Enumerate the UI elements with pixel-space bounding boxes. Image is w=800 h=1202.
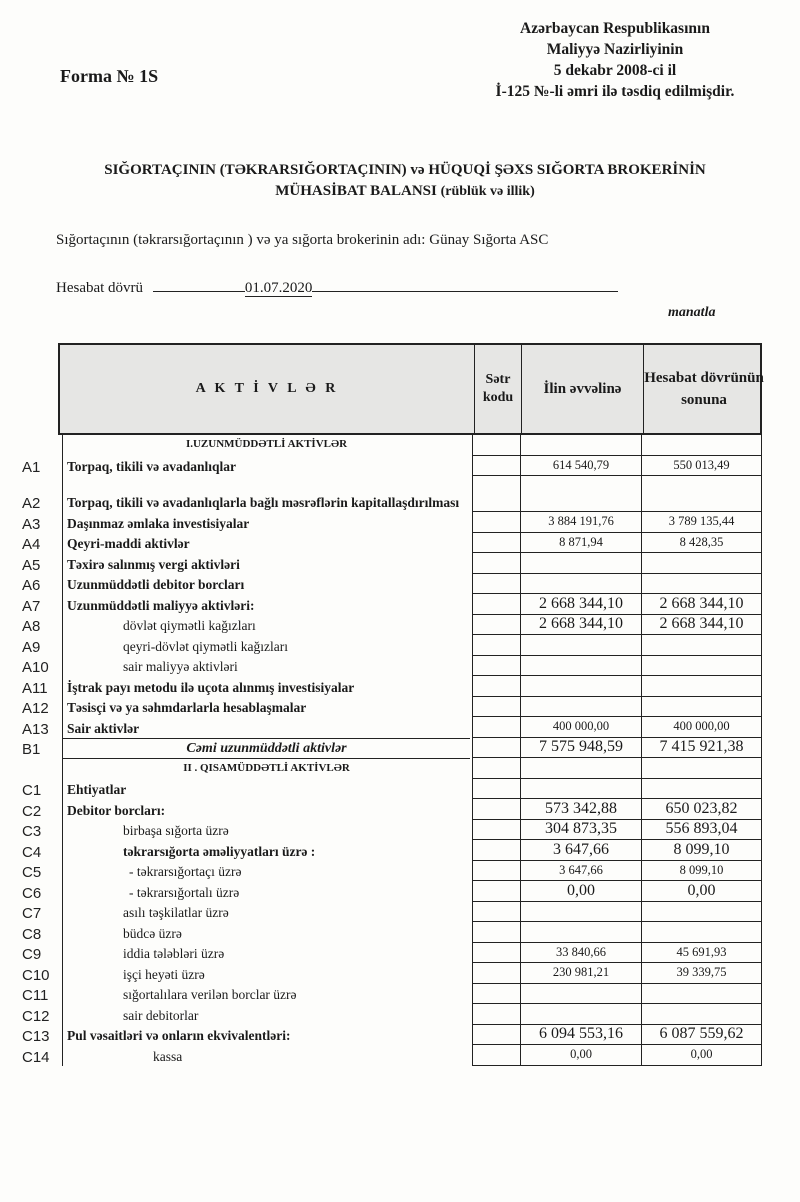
end-of-period-value: 8 099,10 <box>641 840 762 861</box>
start-of-year-value <box>520 922 641 943</box>
row-code: C9 <box>22 946 60 963</box>
row-code: A9 <box>22 639 60 656</box>
end-of-period-value <box>641 553 762 574</box>
start-of-year-value: 3 884 191,76 <box>520 512 641 533</box>
start-of-year-value: 2 668 344,10 <box>520 594 641 615</box>
start-of-year-value: 7 575 948,59 <box>520 738 641 759</box>
row-code-cell <box>472 456 520 477</box>
table-row: C2Debitor borcları:573 342,88650 023,82 <box>0 799 800 820</box>
form-number: Forma № 1S <box>60 66 158 87</box>
row-code-cell <box>472 1045 520 1066</box>
row-code: C11 <box>22 987 60 1004</box>
start-of-year-value <box>520 435 641 456</box>
end-of-period-value: 400 000,00 <box>641 717 762 738</box>
row-label: Ehtiyatlar <box>62 779 470 800</box>
row-code-cell <box>472 676 520 697</box>
end-of-period-value <box>641 758 762 779</box>
start-of-year-value: 3 647,66 <box>520 840 641 861</box>
row-label: Pul vəsaitləri və onların ekvivalentləri… <box>62 1025 470 1046</box>
start-of-year-value: 230 981,21 <box>520 963 641 984</box>
start-of-year-value <box>520 574 641 595</box>
start-of-year-value <box>520 779 641 800</box>
table-header: A K T İ V L Ə R Sətr kodu İlin əvvəlinə … <box>58 343 762 435</box>
start-of-year-value: 573 342,88 <box>520 799 641 820</box>
row-label: - təkrarsığortalı üzrə <box>62 881 470 902</box>
row-code-cell <box>472 922 520 943</box>
row-label: Torpaq, tikili və avadanlıqlarla bağlı m… <box>62 476 470 512</box>
table-row: A4Qeyri-maddi aktivlər8 871,948 428,35 <box>0 533 800 554</box>
end-of-period-value: 0,00 <box>641 1045 762 1066</box>
start-of-year-value <box>520 984 641 1005</box>
row-label: Sair aktivlər <box>62 717 470 738</box>
approval-block: Azərbaycan Respublikasının Maliyyə Nazir… <box>440 18 790 102</box>
end-of-period-value: 39 339,75 <box>641 963 762 984</box>
start-of-year-value: 400 000,00 <box>520 717 641 738</box>
row-code-cell <box>472 1025 520 1046</box>
balance-table-body: I.UZUNMÜDDƏTLİ AKTİVLƏRA1Torpaq, tikili … <box>0 435 800 1066</box>
period-blank <box>312 277 618 292</box>
row-code: C8 <box>22 926 60 943</box>
row-label: büdcə üzrə <box>62 922 470 943</box>
approval-line: İ-125 №-li əmri ilə təsdiq edilmişdir. <box>440 81 790 102</box>
table-row: A5Təxirə salınmış vergi aktivləri <box>0 553 800 574</box>
row-code: C10 <box>22 967 60 984</box>
row-code-cell <box>472 594 520 615</box>
row-code-cell <box>472 512 520 533</box>
row-code: C3 <box>22 823 60 840</box>
table-row: C13Pul vəsaitləri və onların ekvivalentl… <box>0 1025 800 1046</box>
end-of-period-value <box>641 574 762 595</box>
document-title: SIĞORTAÇININ (TƏKRARSIĞORTAÇININ) və HÜQ… <box>40 160 770 202</box>
row-code: A6 <box>22 577 60 594</box>
currency-note: manatla <box>668 305 715 321</box>
company-name: Günay Sığorta ASC <box>429 232 548 248</box>
table-row: C3birbaşa sığorta üzrə304 873,35556 893,… <box>0 820 800 841</box>
table-row: A2Torpaq, tikili və avadanlıqlarla bağlı… <box>0 476 800 512</box>
start-of-year-value <box>520 902 641 923</box>
row-code: A1 <box>22 459 60 476</box>
row-label: iddia tələbləri üzrə <box>62 943 470 964</box>
row-code: A3 <box>22 516 60 533</box>
start-of-year-value <box>520 635 641 656</box>
row-code-cell <box>472 697 520 718</box>
row-label: Təsisçi və ya səhmdarlarla hesablaşmalar <box>62 697 470 718</box>
row-label: Daşınmaz əmlaka investisiyalar <box>62 512 470 533</box>
row-code-cell <box>472 799 520 820</box>
start-of-year-value: 0,00 <box>520 881 641 902</box>
end-of-period-value <box>641 635 762 656</box>
row-code: C1 <box>22 782 60 799</box>
period-line: Hesabat dövrü 01.07.2020 <box>56 277 618 297</box>
row-label: Cəmi uzunmüddətli aktivlər <box>62 738 470 759</box>
start-of-year-value <box>520 476 641 512</box>
table-row: C8büdcə üzrə <box>0 922 800 943</box>
row-label: II . QISAMÜDDƏTLİ AKTİVLƏR <box>62 758 470 779</box>
row-label: təkrarsığorta əməliyyatları üzrə : <box>62 840 470 861</box>
row-code-cell <box>472 779 520 800</box>
row-label: Uzunmüddətli maliyyə aktivləri: <box>62 594 470 615</box>
end-of-period-value <box>641 697 762 718</box>
table-row: C7asılı təşkilatlar üzrə <box>0 902 800 923</box>
end-of-period-value: 650 023,82 <box>641 799 762 820</box>
end-of-period-value <box>641 902 762 923</box>
approval-line: Maliyyə Nazirliyinin <box>440 39 790 60</box>
end-of-period-value <box>641 435 762 456</box>
end-of-period-value: 0,00 <box>641 881 762 902</box>
row-code-cell <box>472 943 520 964</box>
table-row: A1Torpaq, tikili və avadanlıqlar614 540,… <box>0 456 800 477</box>
start-of-year-value: 0,00 <box>520 1045 641 1066</box>
table-row: A13Sair aktivlər400 000,00400 000,00 <box>0 717 800 738</box>
row-code: A5 <box>22 557 60 574</box>
period-value: 01.07.2020 <box>245 280 313 297</box>
row-label: dövlət qiymətli kağızları <box>62 615 470 636</box>
start-of-year-value: 304 873,35 <box>520 820 641 841</box>
title-main: MÜHASİBAT BALANSI <box>275 183 437 199</box>
table-row: C5- təkrarsığortaçı üzrə3 647,668 099,10 <box>0 861 800 882</box>
table-row: A8dövlət qiymətli kağızları2 668 344,102… <box>0 615 800 636</box>
row-code: C7 <box>22 905 60 922</box>
row-code: A13 <box>22 721 60 738</box>
end-of-period-value <box>641 476 762 512</box>
row-label: kassa <box>62 1045 470 1066</box>
row-code-cell <box>472 717 520 738</box>
row-code-cell <box>472 635 520 656</box>
period-blank <box>153 277 245 292</box>
table-row: A9qeyri-dövlət qiymətli kağızları <box>0 635 800 656</box>
start-of-year-value: 8 871,94 <box>520 533 641 554</box>
table-row: C11sığortalılara verilən borclar üzrə <box>0 984 800 1005</box>
table-row: C9iddia tələbləri üzrə33 840,6645 691,93 <box>0 943 800 964</box>
start-of-year-value: 2 668 344,10 <box>520 615 641 636</box>
row-code: A11 <box>22 680 60 697</box>
table-row: A11İştrak payı metodu ilə uçota alınmış … <box>0 676 800 697</box>
end-of-period-value: 2 668 344,10 <box>641 594 762 615</box>
start-of-year-value: 614 540,79 <box>520 456 641 477</box>
row-label: qeyri-dövlət qiymətli kağızları <box>62 635 470 656</box>
row-code: A10 <box>22 659 60 676</box>
end-of-period-value <box>641 656 762 677</box>
title-suffix: (rüblük və illik) <box>441 184 535 199</box>
row-label: birbaşa sığorta üzrə <box>62 820 470 841</box>
row-code: A4 <box>22 536 60 553</box>
header-start-of-year: İlin əvvəlinə <box>521 345 643 433</box>
row-code: C14 <box>22 1049 60 1066</box>
title-line-2: MÜHASİBAT BALANSI (rüblük və illik) <box>40 181 770 202</box>
row-label: Torpaq, tikili və avadanlıqlar <box>62 456 470 477</box>
row-code: C13 <box>22 1028 60 1045</box>
row-code: C12 <box>22 1008 60 1025</box>
row-code-cell <box>472 984 520 1005</box>
end-of-period-value: 7 415 921,38 <box>641 738 762 759</box>
row-code-cell <box>472 553 520 574</box>
approval-line: Azərbaycan Respublikasının <box>440 18 790 39</box>
row-label: asılı təşkilatlar üzrə <box>62 902 470 923</box>
row-code: C6 <box>22 885 60 902</box>
header-assets: A K T İ V L Ə R <box>60 345 474 433</box>
end-of-period-value <box>641 676 762 697</box>
start-of-year-value <box>520 697 641 718</box>
start-of-year-value <box>520 1004 641 1025</box>
row-code-cell <box>472 820 520 841</box>
table-row: I.UZUNMÜDDƏTLİ AKTİVLƏR <box>0 435 800 456</box>
row-code-cell <box>472 840 520 861</box>
table-row: A12Təsisçi və ya səhmdarlarla hesablaşma… <box>0 697 800 718</box>
row-code-cell <box>472 476 520 512</box>
table-row: C1Ehtiyatlar <box>0 779 800 800</box>
row-code-cell <box>472 435 520 456</box>
row-code-cell <box>472 963 520 984</box>
row-code-cell <box>472 738 520 759</box>
table-row: C4təkrarsığorta əməliyyatları üzrə :3 64… <box>0 840 800 861</box>
row-code: A7 <box>22 598 60 615</box>
end-of-period-value: 6 087 559,62 <box>641 1025 762 1046</box>
row-code: A2 <box>22 495 60 512</box>
end-of-period-value <box>641 779 762 800</box>
start-of-year-value <box>520 553 641 574</box>
row-code: C2 <box>22 803 60 820</box>
end-of-period-value: 3 789 135,44 <box>641 512 762 533</box>
table-row: A10sair maliyyə aktivləri <box>0 656 800 677</box>
row-code-cell <box>472 656 520 677</box>
title-line-1: SIĞORTAÇININ (TƏKRARSIĞORTAÇININ) və HÜQ… <box>40 160 770 181</box>
row-label: - təkrarsığortaçı üzrə <box>62 861 470 882</box>
start-of-year-value <box>520 656 641 677</box>
start-of-year-value <box>520 676 641 697</box>
end-of-period-value: 550 013,49 <box>641 456 762 477</box>
end-of-period-value <box>641 984 762 1005</box>
end-of-period-value: 8 099,10 <box>641 861 762 882</box>
row-code: A12 <box>22 700 60 717</box>
table-row: A6Uzunmüddətli debitor borcları <box>0 574 800 595</box>
start-of-year-value: 33 840,66 <box>520 943 641 964</box>
table-row: II . QISAMÜDDƏTLİ AKTİVLƏR <box>0 758 800 779</box>
header-end-of-period: Hesabat dövrünün sonuna <box>643 345 764 433</box>
end-of-period-value <box>641 1004 762 1025</box>
row-label: Təxirə salınmış vergi aktivləri <box>62 553 470 574</box>
row-label: sığortalılara verilən borclar üzrə <box>62 984 470 1005</box>
table-row: C14kassa0,000,00 <box>0 1045 800 1066</box>
start-of-year-value <box>520 758 641 779</box>
table-row: B1Cəmi uzunmüddətli aktivlər7 575 948,59… <box>0 738 800 759</box>
company-label: Sığortaçının (təkrarsığortaçının ) və ya… <box>56 232 425 248</box>
row-label: sair maliyyə aktivləri <box>62 656 470 677</box>
row-code: B1 <box>22 741 60 758</box>
row-code-cell <box>472 758 520 779</box>
start-of-year-value: 3 647,66 <box>520 861 641 882</box>
company-line: Sığortaçının (təkrarsığortaçının ) və ya… <box>56 232 548 249</box>
end-of-period-value <box>641 922 762 943</box>
period-label: Hesabat dövrü <box>56 280 143 296</box>
row-code: A8 <box>22 618 60 635</box>
row-code: C5 <box>22 864 60 881</box>
header-row-code: Sətr kodu <box>474 345 521 433</box>
table-row: A7Uzunmüddətli maliyyə aktivləri:2 668 3… <box>0 594 800 615</box>
end-of-period-value: 45 691,93 <box>641 943 762 964</box>
row-code-cell <box>472 1004 520 1025</box>
row-label: Debitor borcları: <box>62 799 470 820</box>
row-code-cell <box>472 902 520 923</box>
approval-line: 5 dekabr 2008-ci il <box>440 60 790 81</box>
row-code: C4 <box>22 844 60 861</box>
row-code-cell <box>472 533 520 554</box>
row-code-cell <box>472 615 520 636</box>
table-row: A3Daşınmaz əmlaka investisiyalar3 884 19… <box>0 512 800 533</box>
row-label: I.UZUNMÜDDƏTLİ AKTİVLƏR <box>62 435 470 456</box>
end-of-period-value: 556 893,04 <box>641 820 762 841</box>
row-label: işçi heyəti üzrə <box>62 963 470 984</box>
row-label: sair debitorlar <box>62 1004 470 1025</box>
table-row: C10işçi heyəti üzrə230 981,2139 339,75 <box>0 963 800 984</box>
row-code-cell <box>472 574 520 595</box>
start-of-year-value: 6 094 553,16 <box>520 1025 641 1046</box>
end-of-period-value: 8 428,35 <box>641 533 762 554</box>
row-label: İştrak payı metodu ilə uçota alınmış inv… <box>62 676 470 697</box>
row-label: Qeyri-maddi aktivlər <box>62 533 470 554</box>
end-of-period-value: 2 668 344,10 <box>641 615 762 636</box>
row-label: Uzunmüddətli debitor borcları <box>62 574 470 595</box>
table-row: C6- təkrarsığortalı üzrə0,000,00 <box>0 881 800 902</box>
table-row: C12sair debitorlar <box>0 1004 800 1025</box>
row-code-cell <box>472 881 520 902</box>
row-code-cell <box>472 861 520 882</box>
